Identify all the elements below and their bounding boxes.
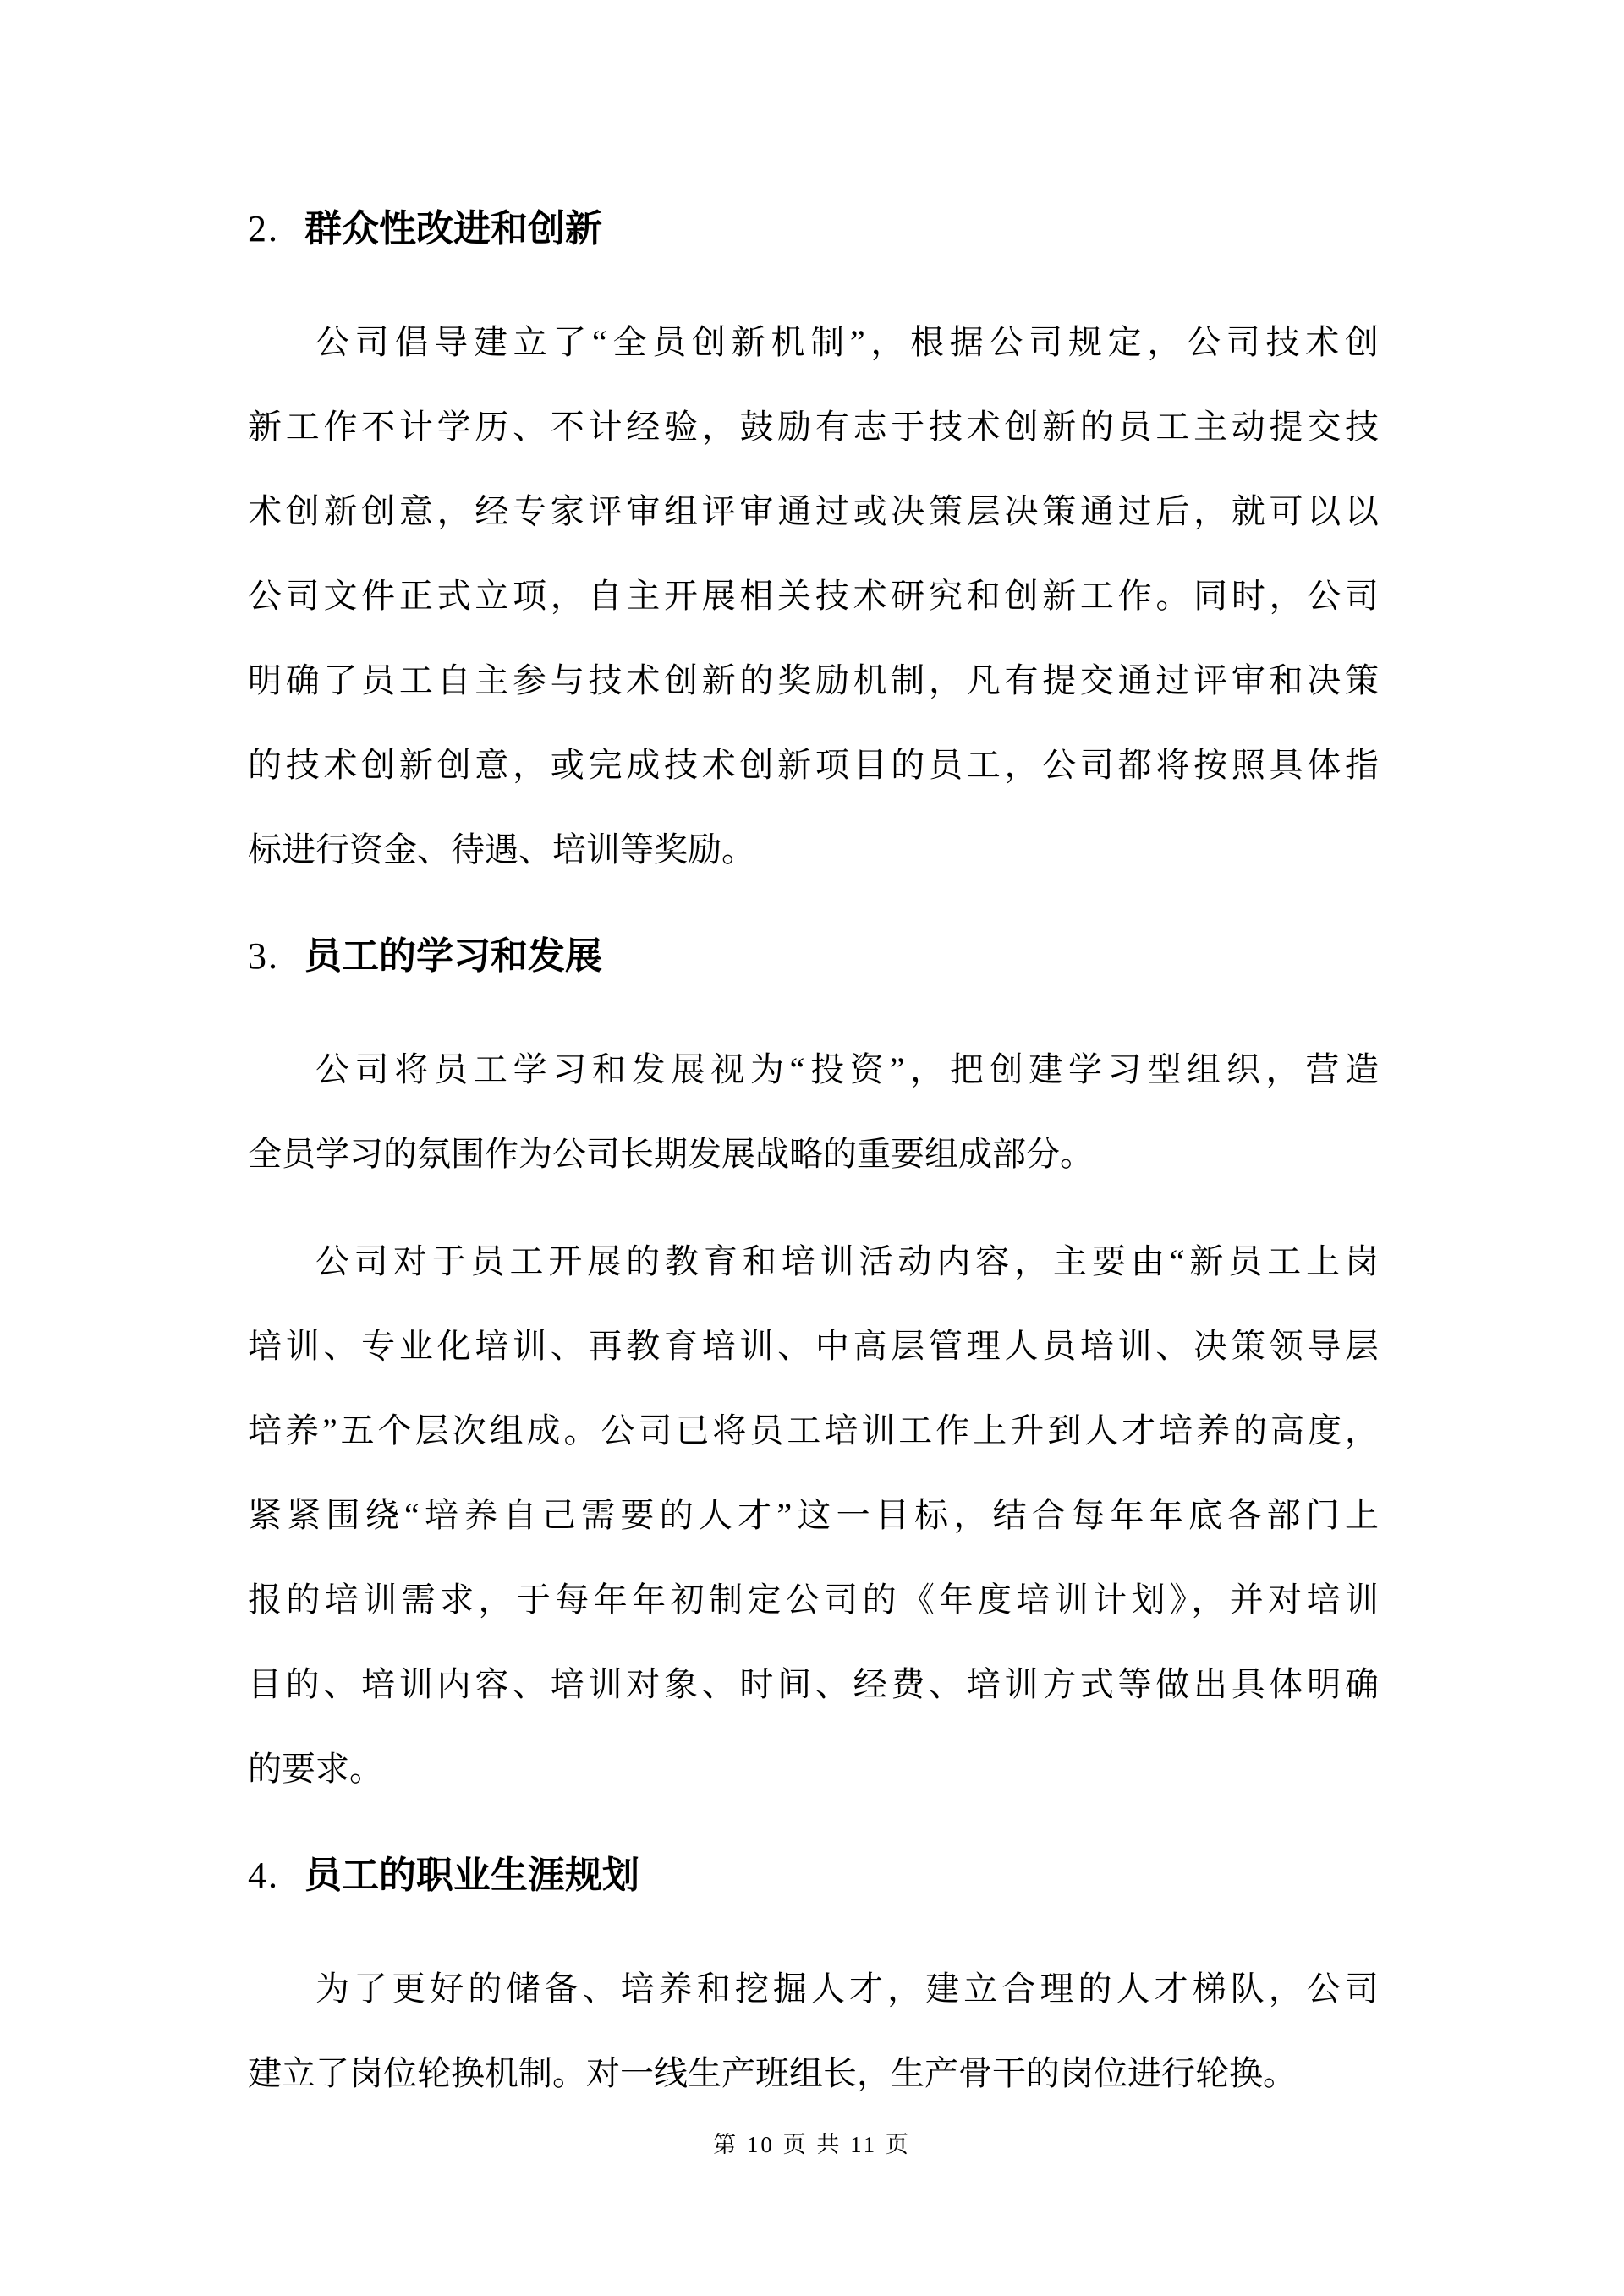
text-line: 明确了员工自主参与技术创新的奖励机制，凡有提交通过评审和决策 [248, 638, 1379, 723]
body-paragraph-4: 为了更好的储备、培养和挖掘人才，建立合理的人才梯队，公司 建立了岗位轮换机制。对… [248, 1947, 1379, 2116]
text-line: 培养”五个层次组成。公司已将员工培训工作上升到人才培养的高度， [248, 1389, 1379, 1473]
text-line: 新工作不计学历、不计经验，鼓励有志于技术创新的员工主动提交技 [248, 385, 1379, 469]
text-line: 紧紧围绕“培养自己需要的人才”这一目标，结合每年年底各部门上 [248, 1473, 1379, 1558]
heading-number: 2. [248, 207, 279, 251]
text-line: 培训、专业化培训、再教育培训、中高层管理人员培训、决策领导层 [248, 1304, 1379, 1389]
text-line: 公司文件正式立项，自主开展相关技术研究和创新工作。同时，公司 [248, 554, 1379, 638]
text-line: 目的、培训内容、培训对象、时间、经费、培训方式等做出具体明确 [248, 1642, 1379, 1727]
body-paragraph-1: 公司倡导建立了“全员创新机制”，根据公司规定，公司技术创 新工作不计学历、不计经… [248, 300, 1379, 892]
section-heading-2: 2. 群众性改进和创新 [248, 207, 1379, 251]
heading-title: 群众性改进和创新 [304, 207, 602, 251]
heading-title: 员工的职业生涯规划 [304, 1854, 639, 1898]
body-paragraph-3: 公司对于员工开展的教育和培训活动内容，主要由“新员工上岗 培训、专业化培训、再教… [248, 1219, 1379, 1811]
heading-number: 3. [248, 934, 279, 978]
section-heading-4: 4. 员工的职业生涯规划 [248, 1854, 1379, 1898]
page-number-footer: 第 10 页 共 11 页 [0, 2128, 1624, 2162]
text-line: 建立了岗位轮换机制。对一线生产班组长，生产骨干的岗位进行轮换。 [248, 2031, 1379, 2116]
text-line: 公司倡导建立了“全员创新机制”，根据公司规定，公司技术创 [248, 300, 1379, 385]
text-line: 为了更好的储备、培养和挖掘人才，建立合理的人才梯队，公司 [248, 1947, 1379, 2031]
section-heading-3: 3. 员工的学习和发展 [248, 934, 1379, 978]
text-line: 标进行资金、待遇、培训等奖励。 [248, 808, 1379, 892]
heading-number: 4. [248, 1854, 279, 1898]
text-line: 公司对于员工开展的教育和培训活动内容，主要由“新员工上岗 [248, 1219, 1379, 1304]
text-line: 术创新创意，经专家评审组评审通过或决策层决策通过后，就可以以 [248, 469, 1379, 554]
text-line: 的技术创新创意，或完成技术创新项目的员工，公司都将按照具体指 [248, 723, 1379, 808]
document-page: 2. 群众性改进和创新 公司倡导建立了“全员创新机制”，根据公司规定，公司技术创… [0, 0, 1624, 2296]
text-line: 全员学习的氛围作为公司长期发展战略的重要组成部分。 [248, 1112, 1379, 1197]
text-line: 报的培训需求，于每年年初制定公司的《年度培训计划》，并对培训 [248, 1558, 1379, 1642]
text-line: 公司将员工学习和发展视为“投资”，把创建学习型组织，营造 [248, 1027, 1379, 1112]
heading-title: 员工的学习和发展 [304, 934, 602, 978]
text-line: 的要求。 [248, 1727, 1379, 1811]
body-paragraph-2: 公司将员工学习和发展视为“投资”，把创建学习型组织，营造 全员学习的氛围作为公司… [248, 1027, 1379, 1197]
